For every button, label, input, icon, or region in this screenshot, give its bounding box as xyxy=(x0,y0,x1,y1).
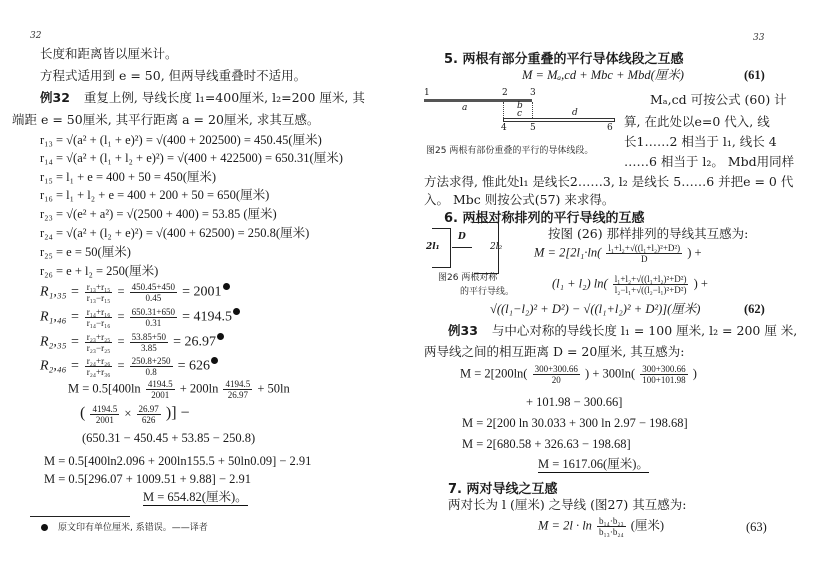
numerator: 250.8+250 xyxy=(130,356,173,367)
result: M = 1617.06(厘米)。 xyxy=(538,457,649,473)
term: + 50ln xyxy=(257,381,289,395)
term: M = 2[200ln( xyxy=(460,366,527,380)
denominator: 3.85 xyxy=(139,343,159,353)
segment-label: a xyxy=(462,103,467,113)
conductor-segment-upper xyxy=(424,99,532,102)
example-32-line1: 例32 重复上例, 导线长度 l₁=400厘米, l₂=200 厘米, 其 xyxy=(40,90,365,105)
fraction: 53.85+503.85 xyxy=(130,332,168,353)
paragraph-line: 方法求得, 惟此处l₁ 是线长2……3, l₂ 是线长 5……6 并把e = 0… xyxy=(424,174,793,189)
distance-label: D xyxy=(458,232,466,242)
dashed-guide xyxy=(503,102,504,118)
equation-R135: R₁,₃₅ = r₁₃+r₁₅r₁₃−r₁₅ = 450.45+4500.45 … xyxy=(40,282,230,303)
example-33-line2: 两导线之间的相互距离 D = 20厘米, 其互感为: xyxy=(424,344,684,359)
term: + 200ln xyxy=(180,381,219,395)
numerator: 53.85+50 xyxy=(130,332,168,343)
equation-ex33-1: M = 2[200ln( 300+300.6620 ) + 300ln( 300… xyxy=(460,364,697,385)
denominator: 100+101.98 xyxy=(640,375,687,385)
distance-line xyxy=(452,247,472,248)
point-label: 4 xyxy=(501,123,507,133)
fraction: r₁₃+r₁₅r₁₃−r₁₅ xyxy=(85,282,113,303)
denominator: 0.8 xyxy=(143,367,158,377)
length-label: 2l₁ xyxy=(426,242,440,252)
paragraph-line: 算, 在此处以e=0 代入, 线 xyxy=(624,114,770,129)
numerator: l₁+l₂+√((l₁+l₂)²+D²) xyxy=(613,274,689,285)
equation-r15: r₁₅ = l₁ + e = 400 + 50 = 450(厘米) xyxy=(40,170,216,185)
length-label: 2l₂ xyxy=(490,242,502,252)
result: = 626 xyxy=(178,358,210,373)
footnote: 原文印有单位厘米, 系错误。——译者 xyxy=(40,520,208,533)
equation-M-line1: M = 0.5[400ln 4194.52001 + 200ln 4194.52… xyxy=(68,379,290,400)
example-label: 例33 xyxy=(448,323,478,338)
result: = 4194.5 xyxy=(182,309,232,324)
conductor-segment-lower xyxy=(503,118,615,122)
denominator: 2001 xyxy=(149,390,171,400)
fraction: l₁+l₂+√((l₁+l₂)²+D²)l₂−l₁+√((l₂−l₁)²+D²) xyxy=(613,274,689,295)
equation-M-result: M = 654.82(厘米)。 xyxy=(143,490,248,505)
figure-25-caption: 图25 两根有部份重叠的平行的导体线段。 xyxy=(426,143,593,156)
example-32-line2: 端距 e = 50厘米, 其平行距离 a = 20厘米, 求其互感。 xyxy=(12,112,319,127)
footnote-marker-icon xyxy=(233,308,240,315)
denominator: r₂₄+r₃₆ xyxy=(85,367,113,377)
term: ) + 300ln( xyxy=(585,366,635,380)
example-text: 与中心对称的导线长度 l₁ = 100 厘米, l₂ = 200 厘 米, xyxy=(492,323,797,338)
equation-R146: R₁,₄₆ = r₁₄+r₁₆r₁₄−r₁₆ = 650.31+6500.31 … xyxy=(40,307,240,328)
footnote-marker-icon xyxy=(223,283,230,290)
numerator: l₁+l₂+√((l₁+l₂)²+D²) xyxy=(606,243,682,254)
equation-M-line3: (650.31 − 450.45 + 53.85 − 250.8) xyxy=(82,431,255,446)
equation-ex33-result: M = 1617.06(厘米)。 xyxy=(538,457,649,472)
term: M = 2l · ln xyxy=(538,518,592,532)
lhs: R₂,₃₅ = xyxy=(40,334,80,349)
numerator: 300+300.66 xyxy=(533,364,580,375)
lhs: R₁,₄₆ = xyxy=(40,309,80,324)
fraction: 250.8+2500.8 xyxy=(130,356,173,377)
equation-62-line1: M = 2[2l₁·ln( l₁+l₂+√((l₁+l₂)²+D²)D ) + xyxy=(534,243,702,264)
equation-M-line2: ( 4194.52001 × 26.97626 )] − xyxy=(80,404,190,425)
equation-ex33-2: M = 2[200 ln 30.033 + 300 ln 2.97 − 198.… xyxy=(462,416,688,431)
lhs: R₁,₃₅ = xyxy=(40,284,80,299)
point-label: 1 xyxy=(424,88,430,98)
equation-ex33-1-cont: + 101.98 − 300.66] xyxy=(526,395,622,410)
fraction: r₁₄+r₁₆r₁₄−r₁₆ xyxy=(85,307,113,328)
equation-number: (61) xyxy=(744,68,765,83)
term: M = 2[2l₁·ln( xyxy=(534,245,601,259)
paragraph-line: Mₐ,cd 可按公式 (60) 计 xyxy=(650,92,787,107)
equation-62-line2: (l₁ + l₂) ln( l₁+l₂+√((l₁+l₂)²+D²)l₂−l₁+… xyxy=(552,274,708,295)
figure-26-caption-2: 的平行导线。 xyxy=(460,284,514,297)
numerator: 4194.5 xyxy=(90,404,119,415)
equation-61: M = Mₐ,cd + Mbc + Mbd(厘米) xyxy=(522,68,684,83)
fraction: 650.31+6500.31 xyxy=(130,307,177,328)
equation-M-3: M = 0.5[296.07 + 1009.51 + 9.88] − 2.91 xyxy=(44,472,251,487)
point-label: 2 xyxy=(502,88,508,98)
denominator: r₁₄−r₁₆ xyxy=(85,318,113,328)
denominator: l₂−l₁+√((l₂−l₁)²+D²) xyxy=(613,285,689,295)
denominator: 0.45 xyxy=(143,293,163,303)
fraction: 4194.52001 xyxy=(146,379,175,400)
paragraph-line: 方程式适用到 e = 50, 但两导线重叠时不适用。 xyxy=(40,68,306,83)
numerator: b₁₄·b₂₃ xyxy=(597,516,626,527)
page-number: 32 xyxy=(30,31,41,41)
equation-r16: r₁₆ = l₁ + l₂ + e = 400 + 200 + 50 = 650… xyxy=(40,188,269,203)
footnote-text: 原文印有单位厘米, 系错误。——译者 xyxy=(58,523,208,533)
page-number: 33 xyxy=(753,33,764,43)
denominator: 26.97 xyxy=(226,390,250,400)
result: M = 654.82(厘米)。 xyxy=(143,490,248,506)
footnote-divider xyxy=(30,516,130,517)
paragraph-line: 长1……2 相当于 l₁, 线长 4 xyxy=(624,134,777,149)
section-7-intro: 两对长为 l (厘米) 之导线 (图27) 其互感为: xyxy=(448,497,687,512)
equation-R235: R₂,₃₅ = r₂₃+r₂₅r₂₃−r₂₅ = 53.85+503.85 = … xyxy=(40,332,224,353)
section-5-title: 5. 两根有部分重叠的平行导体线段之互感 xyxy=(444,48,684,67)
denominator: r₂₃−r₂₅ xyxy=(85,343,113,353)
equation-63: M = 2l · ln b₁₄·b₂₃b₁₃·b₂₄ (厘米) xyxy=(538,516,664,537)
paren: )] − xyxy=(166,404,190,421)
equation-r13: r₁₃ = √(a² + (l₁ + e)²) = √(400 + 202500… xyxy=(40,133,322,148)
numerator: r₂₃+r₂₅ xyxy=(85,332,113,343)
fraction: 450.45+4500.45 xyxy=(130,282,177,303)
numerator: 300+300.66 xyxy=(640,364,687,375)
dashed-guide xyxy=(532,102,533,118)
numerator: r₁₃+r₁₅ xyxy=(85,282,113,293)
denominator: D xyxy=(639,254,650,264)
equation-r25: r₂₅ = e = 50(厘米) xyxy=(40,245,131,260)
times: × xyxy=(124,406,131,420)
numerator: r₂₄+r₂₆ xyxy=(85,356,113,367)
equation-r24: r₂₄ = √(a² + (l₂ + e)²) = √(400 + 62500)… xyxy=(40,226,309,241)
point-label: 6 xyxy=(607,123,613,133)
numerator: 4194.5 xyxy=(223,379,252,390)
fraction: b₁₄·b₂₃b₁₃·b₂₄ xyxy=(597,516,626,537)
term: ) + xyxy=(694,276,708,290)
term: (厘米) xyxy=(631,518,664,532)
example-text: 重复上例, 导线长度 l₁=400厘米, l₂=200 厘米, 其 xyxy=(84,90,365,105)
left-page: 32 长度和距离皆以厘米计。 方程式适用到 e = 50, 但两导线重叠时不适用… xyxy=(0,0,410,570)
equation-62-line3: √((l₁−l₂)² + D²) − √((l₁+l₂)² + D²)](厘米) xyxy=(490,302,700,317)
equation-r26: r₂₆ = e + l₂ = 250(厘米) xyxy=(40,264,158,279)
fraction: r₂₄+r₂₆r₂₄+r₃₆ xyxy=(85,356,113,377)
equation-number: (62) xyxy=(744,302,765,317)
equation-M-2: M = 0.5[400ln2.096 + 200ln155.5 + 50ln0.… xyxy=(44,454,311,469)
example-label: 例32 xyxy=(40,90,70,105)
paren: ( xyxy=(80,404,85,421)
denominator: 2001 xyxy=(94,415,116,425)
figure-26-caption-1: 图26 两根对称 xyxy=(438,270,497,283)
denominator: r₁₃−r₁₅ xyxy=(85,293,113,303)
footnote-marker-icon xyxy=(217,333,224,340)
equation-r23: r₂₃ = √(e² + a²) = √(2500 + 400) = 53.85… xyxy=(40,207,277,222)
segment-label: d xyxy=(572,108,578,118)
term: M = 0.5[400ln xyxy=(68,381,141,395)
fraction: 300+300.6620 xyxy=(533,364,580,385)
footnote-marker-icon xyxy=(41,524,48,531)
footnote-marker-icon xyxy=(211,357,218,364)
fraction: 26.97626 xyxy=(137,404,161,425)
fraction: r₂₃+r₂₅r₂₃−r₂₅ xyxy=(85,332,113,353)
section-7-title: 7. 两对导线之互感 xyxy=(448,478,558,497)
equation-ex33-3: M = 2[680.58 + 326.63 − 198.68] xyxy=(462,437,631,452)
section-6-intro: 按图 (26) 那样排列的导线其互感为: xyxy=(548,226,748,241)
point-label: 5 xyxy=(530,123,536,133)
denominator: 0.31 xyxy=(143,318,163,328)
lhs: R₂,₄₆ = xyxy=(40,358,80,373)
denominator: 626 xyxy=(140,415,158,425)
numerator: 4194.5 xyxy=(146,379,175,390)
numerator: r₁₄+r₁₆ xyxy=(85,307,113,318)
result: = 26.97 xyxy=(173,334,216,349)
term: (l₁ + l₂) ln( xyxy=(552,276,608,290)
fraction: 4194.52001 xyxy=(90,404,119,425)
figure-26: 2l₁ D 2l₂ xyxy=(432,228,512,268)
paragraph-line: ……6 相当于 l₂。 Mbd用同样 xyxy=(624,154,794,169)
denominator: 20 xyxy=(550,375,563,385)
term: ) + xyxy=(687,245,701,259)
denominator: b₁₃·b₂₄ xyxy=(597,527,626,537)
numerator: 450.45+450 xyxy=(130,282,177,293)
example-33-line1: 例33 与中心对称的导线长度 l₁ = 100 厘米, l₂ = 200 厘 米… xyxy=(448,323,797,338)
right-page: 33 5. 两根有部分重叠的平行导体线段之互感 M = Mₐ,cd + Mbc … xyxy=(410,0,821,570)
fraction: l₁+l₂+√((l₁+l₂)²+D²)D xyxy=(606,243,682,264)
fraction: 300+300.66100+101.98 xyxy=(640,364,687,385)
equation-R246: R₂,₄₆ = r₂₄+r₂₆r₂₄+r₃₆ = 250.8+2500.8 = … xyxy=(40,356,218,377)
fraction: 4194.526.97 xyxy=(223,379,252,400)
result: = 2001 xyxy=(182,284,221,299)
term: ) xyxy=(693,366,697,380)
point-label: 3 xyxy=(530,88,536,98)
equation-number: (63) xyxy=(746,520,767,535)
paragraph-line: 长度和距离皆以厘米计。 xyxy=(40,46,178,61)
equation-r14: r₁₄ = √(a² + (l₁ + l₂ + e)²) = √(400 + 4… xyxy=(40,151,343,166)
numerator: 26.97 xyxy=(137,404,161,415)
numerator: 650.31+650 xyxy=(130,307,177,318)
paragraph-line: 入。 Mbc 则按公式(57) 来求得。 xyxy=(424,192,614,207)
